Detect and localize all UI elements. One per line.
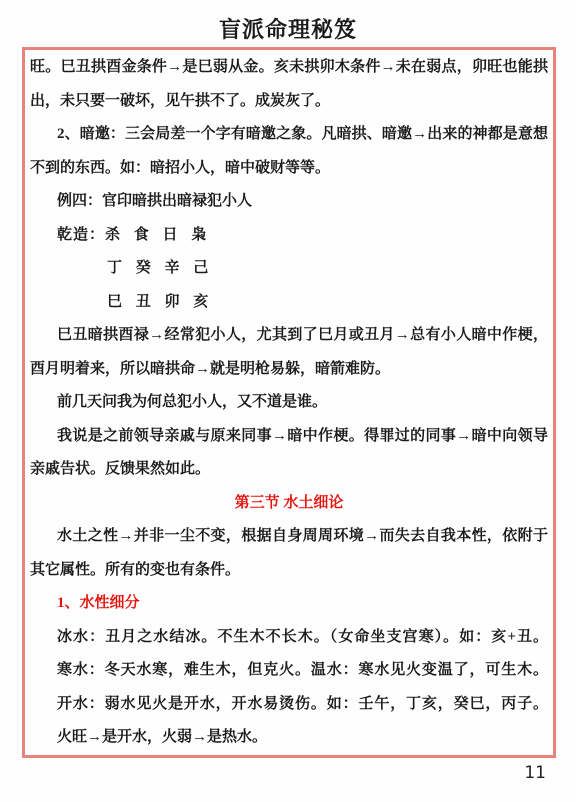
text-line: 亲戚告状。反馈果然如此。: [30, 453, 548, 487]
bazi-pillars-stems-row: 丁 癸 辛 己: [30, 252, 548, 286]
text-line: 我说是之前领导亲戚与原来同事→暗中作梗。得罪过的同事→暗中向领导: [30, 420, 548, 454]
bazi-pillars-header-row: 乾造：杀 食 日 枭: [30, 219, 548, 253]
text-line: 冰水：丑月之水结冰。不生木不长木。（女命坐支宫寒）。如：亥+丑。: [30, 621, 548, 655]
text-line: 前几天问我为何总犯小人，又不道是谁。: [30, 386, 548, 420]
text-line: 旺。巳丑拱酉金条件→是巳弱从金。亥未拱卯木条件→未在弱点，卯旺也能拱: [30, 51, 548, 85]
example-label-line: 例四：官印暗拱出暗禄犯小人: [30, 185, 548, 219]
page-number: 11: [524, 763, 546, 783]
section-heading: 第三节 水土细论: [30, 487, 548, 521]
text-line: 2、暗邀：三会局差一个字有暗邀之象。凡暗拱、暗邀→出来的神都是意想: [30, 118, 548, 152]
text-line: 火旺→是开水，火弱→是热水。: [30, 721, 548, 755]
text-line: 出，未只要一破坏，见午拱不了。成炭灰了。: [30, 85, 548, 119]
page-title: 盲派命理秘笈: [0, 13, 576, 44]
bazi-pillars-branches-row: 巳 丑 卯 亥: [30, 286, 548, 320]
content-border-box: 旺。巳丑拱酉金条件→是巳弱从金。亥未拱卯木条件→未在弱点，卯旺也能拱 出，未只要…: [22, 47, 556, 758]
text-line: 巳丑暗拱酉禄→经常犯小人，尤其到了巳月或丑月→总有小人暗中作梗，: [30, 319, 548, 353]
text-line: 不到的东西。如：暗招小人，暗中破财等等。: [30, 152, 548, 186]
text-line: 酉月明着来，所以暗拱命→就是明枪易躲，暗箭难防。: [30, 353, 548, 387]
subsection-heading: 1、水性细分: [30, 587, 548, 621]
text-line: 寒水：冬天水寒，难生木，但克火。温水：寒水见火变温了，可生木。: [30, 654, 548, 688]
text-line: 水土之性→并非一尘不变，根据自身周周环境→而失去自我本性，依附于: [30, 520, 548, 554]
text-line: 开水：弱水见火是开水，开水易烫伤。如：壬午，丁亥，癸巳，丙子。: [30, 688, 548, 722]
text-line: 其它属性。所有的变也有条件。: [30, 554, 548, 588]
document-page: 盲派命理秘笈 旺。巳丑拱酉金条件→是巳弱从金。亥未拱卯木条件→未在弱点，卯旺也能…: [0, 0, 576, 802]
